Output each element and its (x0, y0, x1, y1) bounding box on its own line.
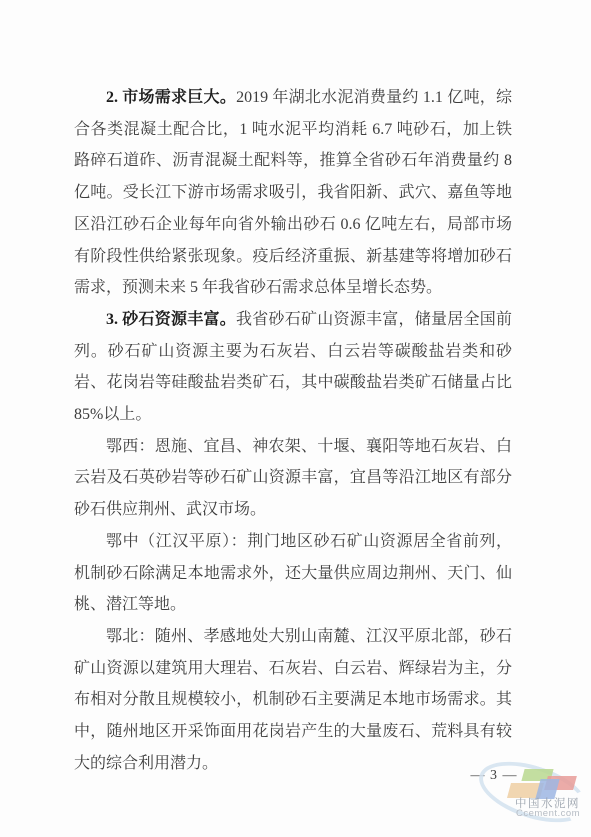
paragraph-enorth: 鄂北：随州、孝感地处大别山南麓、江汉平原北部，砂石矿山资源以建筑用大理岩、石灰岩… (74, 621, 512, 780)
paragraph-lead: 2. 市场需求巨大。 (106, 89, 236, 106)
paragraph-text: 2019 年湖北水泥消费量约 1.1 亿吨，综合各类混凝土配合比，1 吨水泥平均… (74, 89, 512, 296)
paragraph-ewest: 鄂西：恩施、宜昌、神农架、十堰、襄阳等地石灰岩、白云岩及石英砂岩等砂石矿山资源丰… (74, 431, 512, 526)
paragraph-text: 鄂北：随州、孝感地处大别山南麓、江汉平原北部，砂石矿山资源以建筑用大理岩、石灰岩… (74, 628, 512, 772)
paragraph-ecentral: 鄂中（江汉平原）：荆门地区砂石矿山资源居全省前列，机制砂石除满足本地需求外，还大… (74, 526, 512, 621)
document-page: 2. 市场需求巨大。2019 年湖北水泥消费量约 1.1 亿吨，综合各类混凝土配… (0, 0, 591, 837)
paragraph-text: 鄂中（江汉平原）：荆门地区砂石矿山资源居全省前列，机制砂石除满足本地需求外，还大… (74, 533, 512, 613)
paragraph-resource-rich: 3. 砂石资源丰富。我省砂石矿山资源丰富，储量居全国前列。砂石矿山资源主要为石灰… (74, 304, 512, 431)
document-body: 2. 市场需求巨大。2019 年湖北水泥消费量约 1.1 亿吨，综合各类混凝土配… (74, 82, 512, 779)
paragraph-text: 鄂西：恩施、宜昌、神农架、十堰、襄阳等地石灰岩、白云岩及石英砂岩等砂石矿山资源丰… (74, 438, 512, 518)
paragraph-lead: 3. 砂石资源丰富。 (106, 311, 236, 328)
paragraph-market-demand: 2. 市场需求巨大。2019 年湖北水泥消费量约 1.1 亿吨，综合各类混凝土配… (74, 82, 512, 304)
watermark-site-url: Ccement.com (516, 808, 580, 819)
